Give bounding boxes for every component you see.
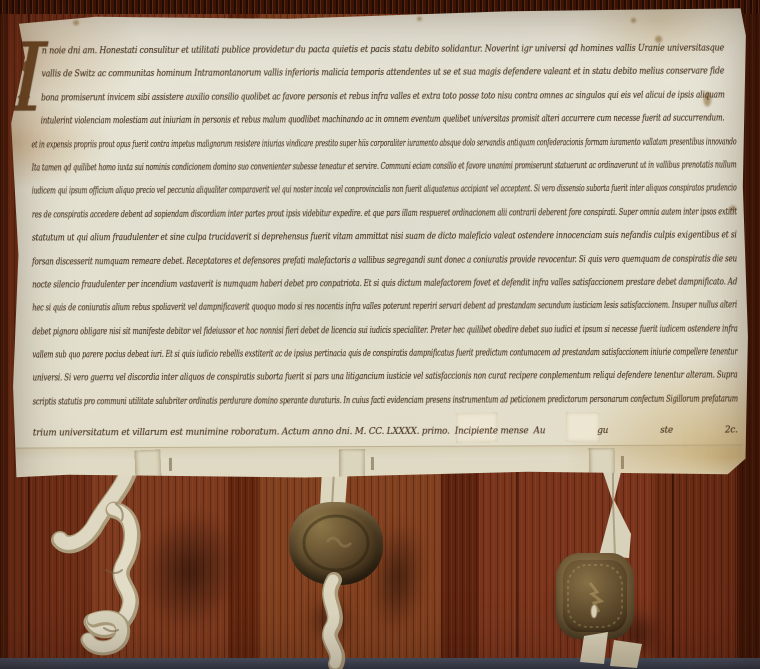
charter-text-line: bona promiserunt invicem sibi assistere … (31, 85, 606, 111)
wax-seal-right (556, 553, 634, 639)
charter-text-line: Ita tamen qd quilibet homo iuxta sui nom… (32, 155, 530, 181)
plica-slit (371, 457, 374, 470)
plica-slit (621, 456, 624, 469)
seal-face-relief (556, 553, 634, 639)
charter-text-line: scriptis statutis pro communi utilitate … (33, 389, 550, 415)
charter-photo: I n noie dni am. Honestati consulitur et… (0, 0, 760, 669)
charter-date-line: trium universitatum et villarum est muni… (33, 420, 722, 446)
charter-text-line: debet pignora obligare nisi sit manifest… (32, 319, 559, 345)
charter-text-line: statutum ut qui alium fraudulenter et si… (32, 225, 616, 251)
charter-text-line: vallem sub quo parere pocius debeat iuri… (32, 342, 540, 368)
charter-text-block: n noie dni am. Honestati consulitur et u… (31, 37, 738, 446)
plica-slit (169, 458, 172, 471)
tag-below-right-seal (576, 632, 662, 669)
stain-spot (73, 20, 79, 25)
pendant-tag-left (52, 452, 222, 667)
charter-text-line: forsan discesserit numquam remeare debet… (32, 249, 586, 275)
wax-fleck (591, 605, 597, 618)
charter-text-line: intulerint violenciam molestiam aut iniu… (31, 108, 576, 134)
charter-text-line: hec si quis de coniuratis alium rebus sp… (32, 296, 549, 322)
parchment-charter: I n noie dni am. Honestati consulitur et… (7, 7, 750, 480)
charter-text-line: universi. Si vero guerra vel discordia i… (33, 366, 586, 392)
charter-text-line: iudicem qui ipsum officium aliquo precio… (32, 179, 518, 205)
stain-spot (631, 18, 636, 23)
charter-text-line: n noie dni am. Honestati consulitur et u… (31, 38, 657, 64)
charter-text-line: res de conspiratis accedere debent ad so… (32, 202, 542, 228)
charter-text-line: et in expensis propriis prout opus fueri… (32, 132, 507, 157)
tag-below-center-seal (308, 578, 368, 668)
charter-text-line: vallis de Switz ac communitas hominum In… (31, 61, 635, 87)
charter-text-line: nocte silencio fraudulenter per incendiu… (32, 272, 587, 298)
stain-spot (417, 17, 422, 21)
